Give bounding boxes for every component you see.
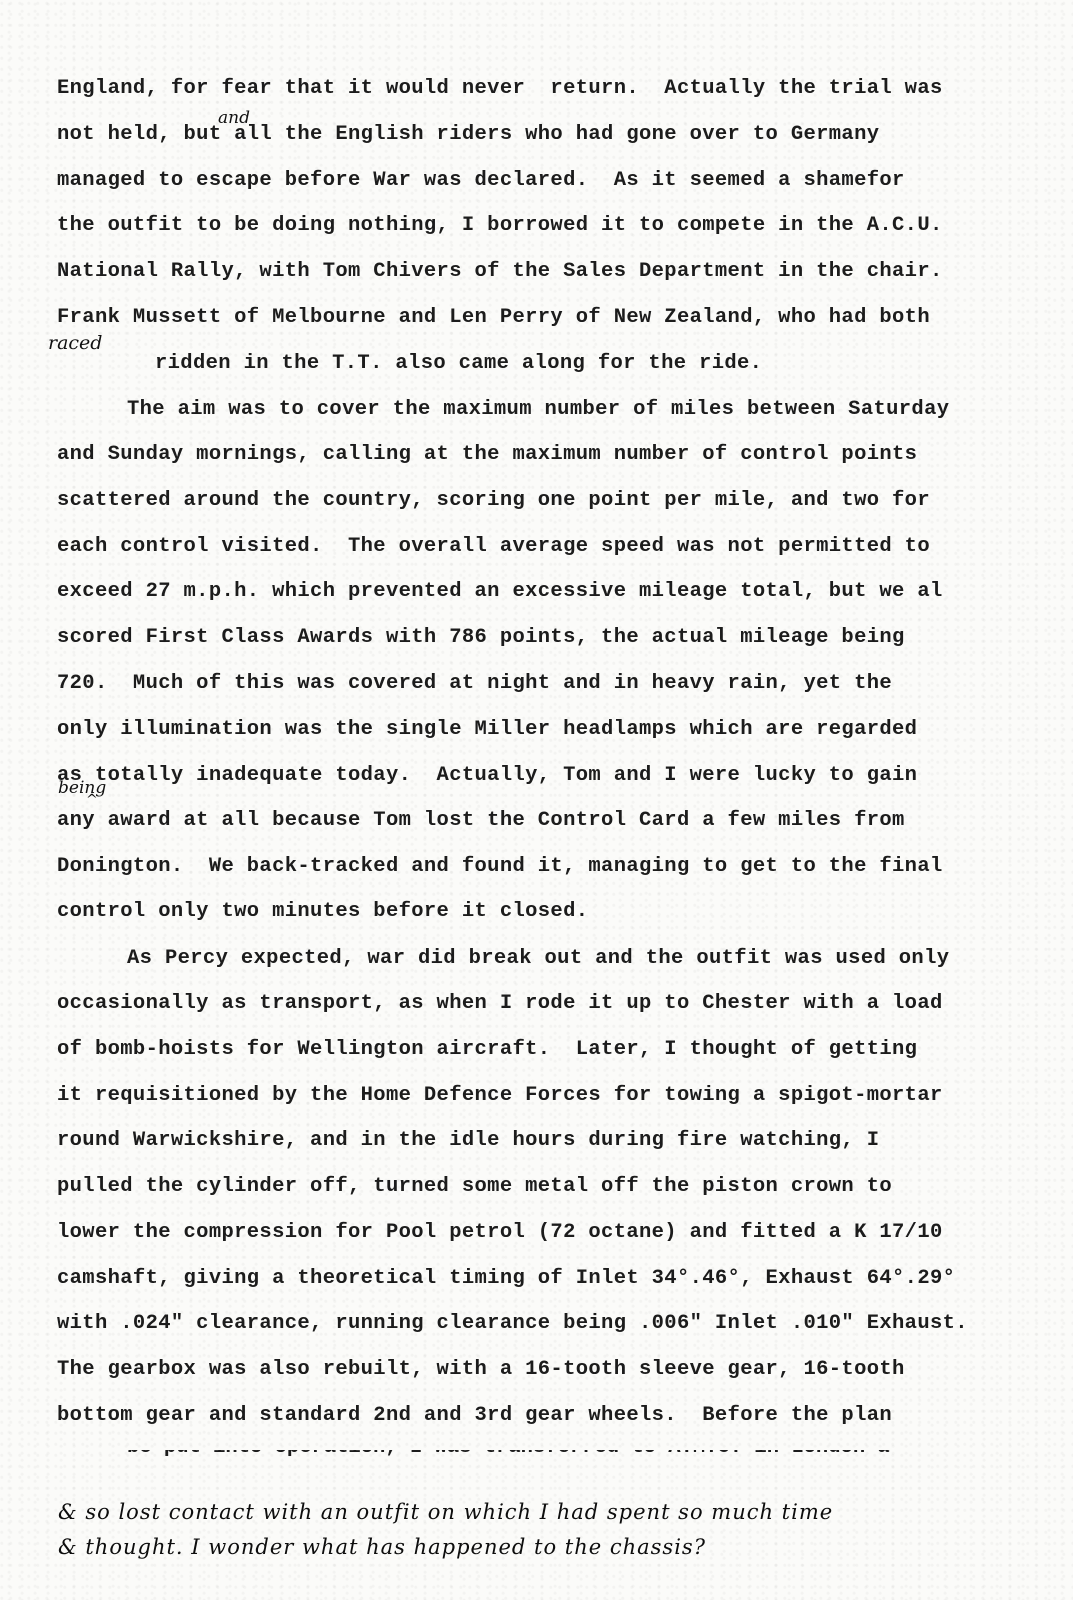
text-line: exceed 27 m.p.h. which prevented an exce… — [57, 580, 943, 604]
scanned-typewritten-page: England, for fear that it would never re… — [0, 0, 1073, 1600]
text-line: only illumination was the single Miller … — [57, 718, 917, 742]
paragraph-start-line: The aim was to cover the maximum number … — [127, 398, 949, 422]
text-line: each control visited. The overall averag… — [57, 535, 930, 559]
text-line: managed to escape before War was declare… — [57, 169, 905, 193]
handwritten-insert-being: being — [58, 778, 106, 798]
handwritten-note-line: & thought. I wonder what has happened to… — [58, 1535, 706, 1559]
handwritten-correction-and: and — [218, 108, 250, 128]
text-line: Frank Mussett of Melbourne and Len Perry… — [57, 306, 930, 330]
text-line: bottom gear and standard 2nd and 3rd gea… — [57, 1404, 892, 1428]
text-line: not held, but all the English riders who… — [57, 123, 879, 147]
text-line: England, for fear that it would never re… — [57, 77, 943, 101]
text-line: ridden in the T.T. also came along for t… — [155, 352, 762, 376]
text-line: control only two minutes before it close… — [57, 900, 588, 924]
text-line: occasionally as transport, as when I rod… — [57, 992, 943, 1016]
text-line: it requisitioned by the Home Defence For… — [57, 1084, 943, 1108]
text-line: scattered around the country, scoring on… — [57, 489, 930, 513]
text-line: 720. Much of this was covered at night a… — [57, 672, 892, 696]
cut-off-line: be put into operation, I was transferred… — [127, 1450, 1007, 1462]
handwritten-note-line: & so lost contact with an outfit on whic… — [58, 1500, 833, 1524]
text-line: the outfit to be doing nothing, I borrow… — [57, 214, 943, 238]
text-line: of bomb-hoists for Wellington aircraft. … — [57, 1038, 917, 1062]
text-line: National Rally, with Tom Chivers of the … — [57, 260, 943, 284]
cut-off-text: be put into operation, I was transferred… — [127, 1450, 890, 1460]
text-line: with .024" clearance, running clearance … — [57, 1312, 968, 1336]
text-line: The gearbox was also rebuilt, with a 16-… — [57, 1358, 905, 1382]
text-line: as totally inadequate today. Actually, T… — [57, 764, 917, 788]
text-line: lower the compression for Pool petrol (7… — [57, 1221, 943, 1245]
caret-insert-mark-icon: ^ — [86, 792, 98, 808]
text-line: and Sunday mornings, calling at the maxi… — [57, 443, 917, 467]
text-line: camshaft, giving a theoretical timing of… — [57, 1267, 955, 1291]
handwritten-correction-raced: raced — [48, 332, 102, 354]
text-line: pulled the cylinder off, turned some met… — [57, 1175, 892, 1199]
text-line: scored First Class Awards with 786 point… — [57, 626, 905, 650]
text-line: any award at all because Tom lost the Co… — [57, 809, 905, 833]
text-line: Donington. We back-tracked and found it,… — [57, 855, 943, 879]
paragraph-start-line: As Percy expected, war did break out and… — [127, 947, 949, 971]
text-line: round Warwickshire, and in the idle hour… — [57, 1129, 879, 1153]
